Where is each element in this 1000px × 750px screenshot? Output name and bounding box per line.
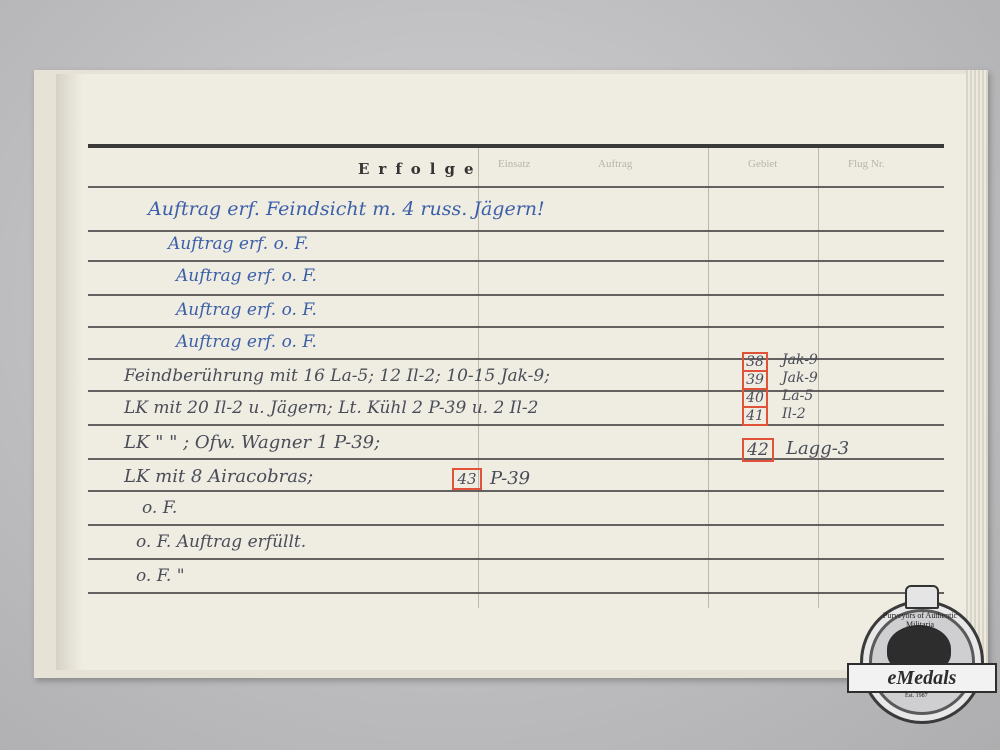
log-entry: LK " " ; Ofw. Wagner 1 P-39;	[124, 432, 380, 453]
log-entry: Feindberührung mit 16 La-5; 12 Il-2; 10-…	[124, 366, 550, 386]
ruled-line	[88, 260, 944, 262]
log-entry: LK mit 8 Airacobras;	[124, 466, 313, 487]
binding-shadow	[58, 74, 82, 670]
ruled-line	[88, 294, 944, 296]
victory-number-box: 39	[742, 370, 768, 390]
ghost-header: Auftrag	[598, 158, 632, 170]
header-rule	[88, 144, 944, 148]
logo-established: Est. 1987	[905, 693, 928, 699]
victory-number-box: 42	[742, 438, 774, 462]
aircraft-type: La-5	[782, 388, 813, 404]
ruled-line	[88, 490, 944, 492]
crown-icon	[905, 585, 939, 609]
emedals-watermark: Purveyors of Authentic Militaria eMedals…	[845, 585, 995, 735]
page-title: Erfolge	[358, 160, 483, 178]
log-entry: Auftrag erf. o. F.	[176, 266, 317, 286]
ruled-line	[88, 592, 944, 594]
ruled-line	[88, 424, 944, 426]
ruled-line	[88, 524, 944, 526]
ghost-header: Gebiet	[748, 158, 777, 170]
aircraft-type: P-39	[490, 468, 530, 489]
log-entry: Auftrag erf. o. F.	[176, 332, 317, 352]
logbook-page: Erfolge Auftrag Einsatz Gebiet Flug Nr. …	[56, 74, 966, 670]
logo-brand: eMedals	[847, 663, 997, 693]
victory-number-box: 40	[742, 388, 768, 408]
ruled-line	[88, 230, 944, 232]
log-entry: LK mit 20 Il-2 u. Jägern; Lt. Kühl 2 P-3…	[124, 398, 538, 418]
logo-ring-text: Purveyors of Authentic Militaria	[875, 611, 965, 629]
log-entry: Auftrag erf. o. F.	[176, 300, 317, 320]
aircraft-type: Lagg-3	[786, 438, 849, 459]
ruled-line	[88, 326, 944, 328]
column-rule	[818, 148, 819, 608]
ghost-header: Flug Nr.	[848, 158, 885, 170]
aircraft-type: Jak-9	[782, 352, 818, 368]
victory-number-box: 43	[452, 468, 482, 490]
column-rule	[708, 148, 709, 608]
aircraft-type: Jak-9	[782, 370, 818, 386]
victory-number-box: 38	[742, 352, 768, 372]
victory-number-box: 41	[742, 406, 768, 426]
ruled-line	[88, 558, 944, 560]
log-entry: o. F. "	[136, 566, 185, 586]
ghost-header: Einsatz	[498, 158, 530, 170]
ruled-line	[88, 390, 944, 392]
ruled-line	[88, 186, 944, 188]
log-entry: Auftrag erf. Feindsicht m. 4 russ. Jäger…	[148, 198, 545, 220]
log-entry: o. F. Auftrag erfüllt.	[136, 532, 306, 552]
log-entry: Auftrag erf. o. F.	[168, 234, 309, 254]
log-entry: o. F.	[142, 498, 177, 518]
aircraft-type: Il-2	[782, 406, 806, 422]
